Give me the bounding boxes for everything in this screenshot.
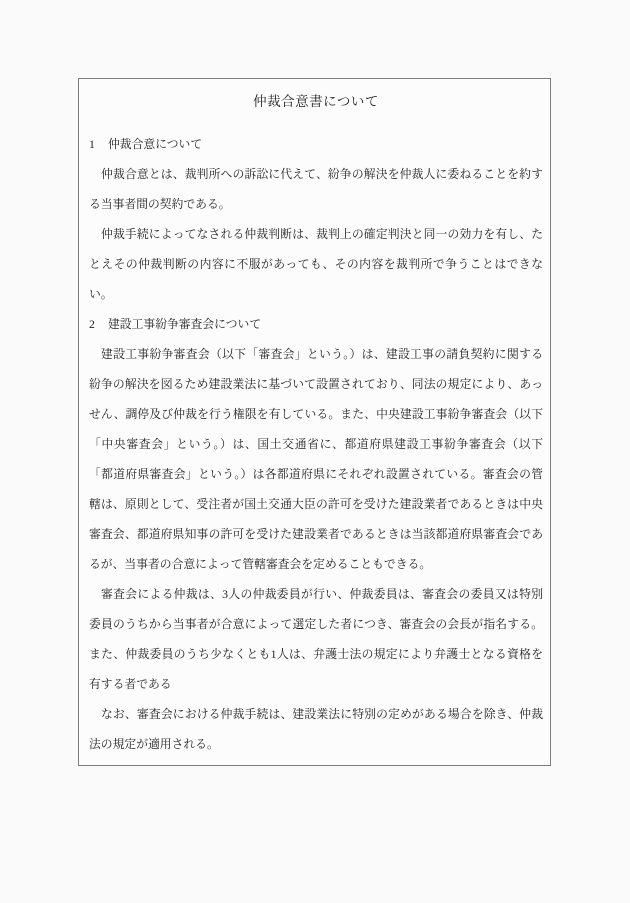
section-2-paragraph-3: なお、審査会における仲裁手続は、建設業法に特別の定めがある場合を除き、仲裁法の規… (89, 699, 543, 759)
section-1-heading: 1仲裁合意について (89, 129, 543, 159)
section-1-paragraph-2: 仲裁手続によってなされる仲裁判断は、裁判上の確定判決と同一の効力を有し、たとえそ… (89, 219, 543, 309)
scanned-document-page: { "document": { "title": "仲裁合意書について", "s… (0, 0, 630, 903)
section-1-number: 1 (89, 129, 108, 159)
section-2-paragraph-1: 建設工事紛争審査会（以下「審査会」という。）は、建設工事の請負契約に関する紛争の… (89, 339, 543, 579)
section-2-heading: 2建設工事紛争審査会について (89, 309, 543, 339)
section-1-heading-text: 仲裁合意について (108, 137, 202, 151)
section-1-paragraph-1: 仲裁合意とは、裁判所への訴訟に代えて、紛争の解決を仲裁人に委ねることを約する当事… (89, 159, 543, 219)
section-2-paragraph-2: 審査会による仲裁は、3人の仲裁委員が行い、仲裁委員は、審査会の委員又は特別委員の… (89, 579, 543, 699)
document-border-box: 仲裁合意書について 1仲裁合意について 仲裁合意とは、裁判所への訴訟に代えて、紛… (78, 78, 551, 766)
document-title: 仲裁合意書について (89, 87, 543, 117)
section-2-heading-text: 建設工事紛争審査会について (108, 317, 261, 331)
section-2-number: 2 (89, 309, 108, 339)
